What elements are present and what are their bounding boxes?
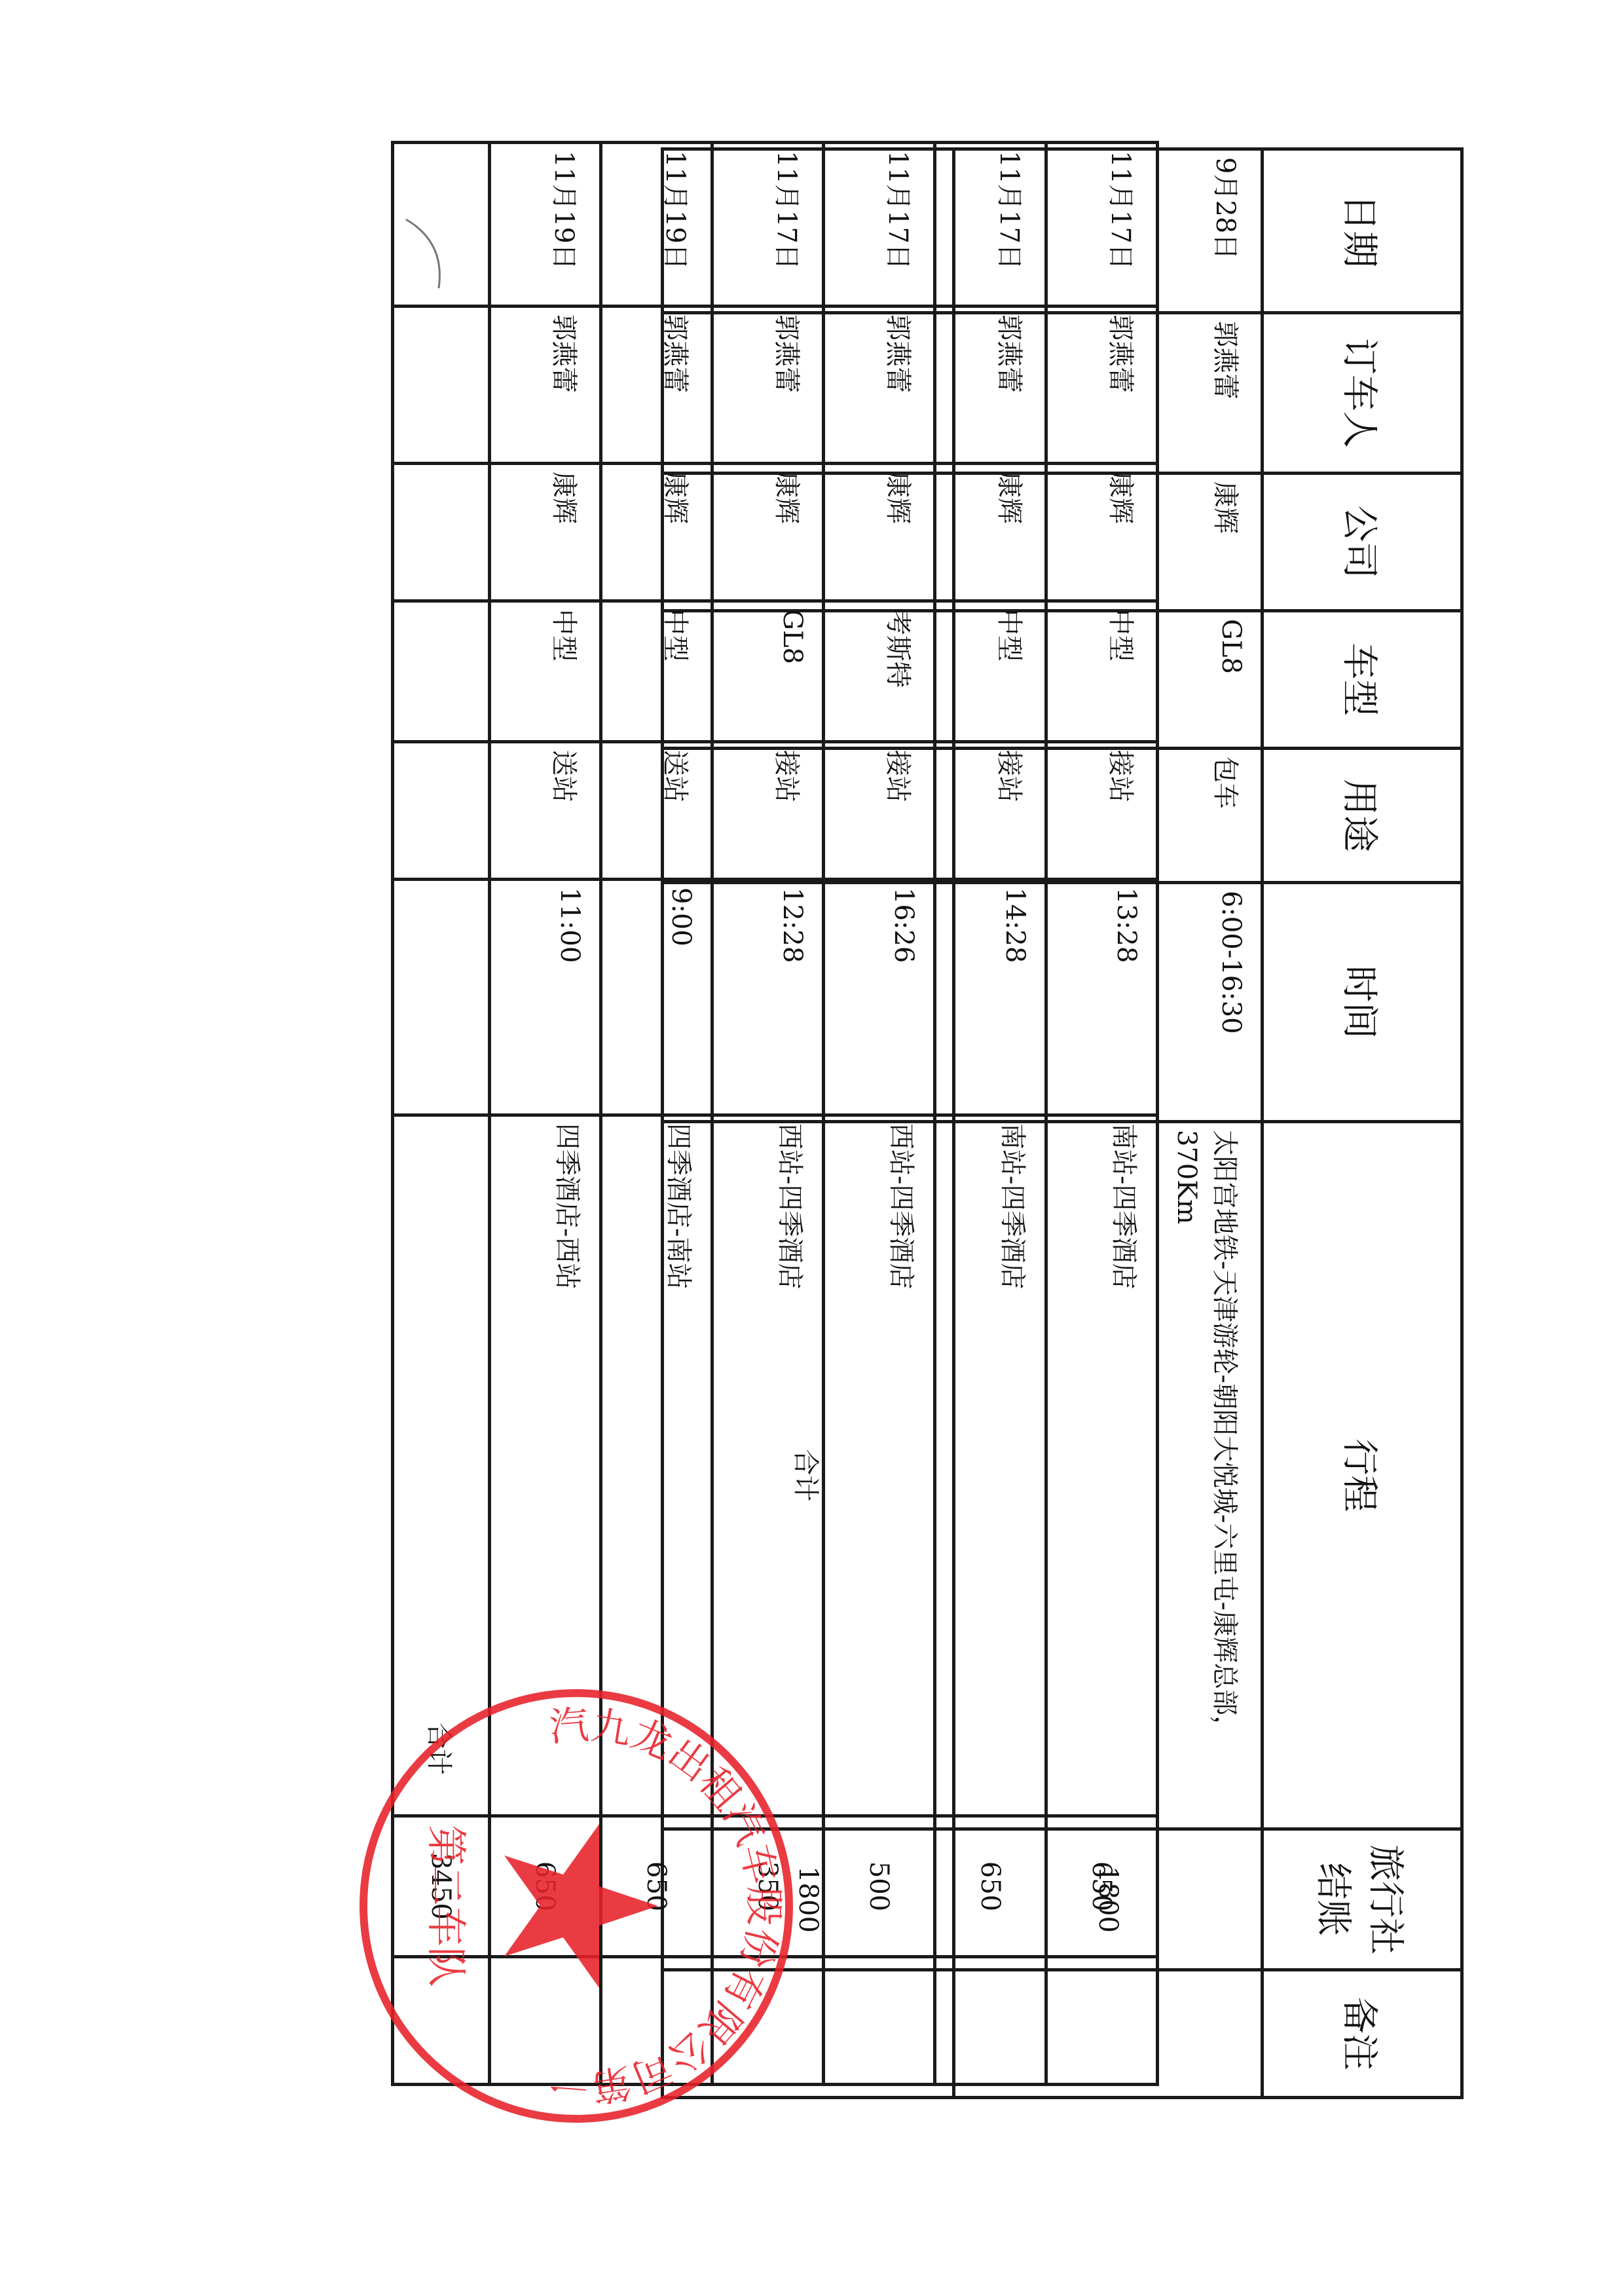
cell-company: 康辉: [490, 464, 601, 601]
cell-settlement: 650: [935, 1816, 1046, 1957]
pen-mark: [399, 216, 452, 295]
table-row: 11月17日郭燕蕾康辉中型接站13:28南站-四季酒店650: [1046, 143, 1158, 2085]
cell-date: 11月17日: [1046, 143, 1158, 307]
header-row: 日期 订车人 公司 车型 用途 时间 行程 旅行社结账 备注: [1263, 149, 1462, 2098]
cell-booker: 郭燕蕾: [824, 307, 935, 464]
cell-purpose: 接站: [935, 742, 1046, 880]
cell-vehicle: GL8: [712, 601, 824, 742]
cell-vehicle: 中型: [1046, 601, 1158, 742]
cell-settlement: 500: [824, 1816, 935, 1957]
cell-vehicle: 中型: [490, 601, 601, 742]
company-seal: 北京北汽九龙出租汽车股份有限公司第一分公司 第二车队: [354, 1683, 799, 2129]
cell-time: 16:26: [824, 880, 935, 1115]
cell-route: 西站-四季酒店: [824, 1115, 935, 1816]
cell-remark: [824, 1957, 935, 2085]
cell-purpose: 接站: [824, 742, 935, 880]
header-company: 公司: [1263, 474, 1462, 611]
header-purpose: 用途: [1263, 749, 1462, 883]
header-date: 日期: [1263, 149, 1462, 313]
cell-booker: 郭燕蕾: [712, 307, 824, 464]
cell-booker: 郭燕蕾: [490, 307, 601, 464]
cell-company: 康辉: [935, 464, 1046, 601]
cell-time: 11:00: [490, 880, 601, 1115]
cell-company: 康辉: [601, 464, 712, 601]
header-settlement: 旅行社结账: [1263, 1829, 1462, 1970]
cell-route: 南站-四季酒店: [1046, 1115, 1158, 1816]
star-icon: [504, 1824, 658, 1988]
cell-date: 11月17日: [712, 143, 824, 307]
cell-vehicle: 考斯特: [824, 601, 935, 742]
cell-date: 11月19日: [490, 143, 601, 307]
cell-company: 康辉: [712, 464, 824, 601]
cell-settlement: 650: [1046, 1816, 1158, 1957]
cell-route: 南站-四季酒店: [935, 1115, 1046, 1816]
cell-remark: [935, 1957, 1046, 2085]
seal-bottom-text: 第二车队: [422, 1825, 470, 1987]
header-booker: 订车人: [1263, 313, 1462, 474]
cell-vehicle: 中型: [601, 601, 712, 742]
cell-purpose: 送站: [490, 742, 601, 880]
cell-company: 康辉: [1046, 464, 1158, 601]
cell-date: 11月17日: [935, 143, 1046, 307]
cell-date: 11月17日: [824, 143, 935, 307]
cell-remark: [1046, 1957, 1158, 2085]
cell-time: 13:28: [1046, 880, 1158, 1115]
cell-purpose: 接站: [1046, 742, 1158, 880]
cell-time: 14:28: [935, 880, 1046, 1115]
header-time: 时间: [1263, 883, 1462, 1122]
cell-booker: 郭燕蕾: [1046, 307, 1158, 464]
table-row: 11月17日郭燕蕾康辉考斯特接站16:26西站-四季酒店500: [824, 143, 935, 2085]
header-route: 行程: [1263, 1122, 1462, 1829]
cell-vehicle: 中型: [935, 601, 1046, 742]
cell-time: 12:28: [712, 880, 824, 1115]
cell-booker: 郭燕蕾: [601, 307, 712, 464]
table-row: 11月17日郭燕蕾康辉中型接站14:28南站-四季酒店650: [935, 143, 1046, 2085]
cell-purpose: 接站: [712, 742, 824, 880]
cell-time: 9:00: [601, 880, 712, 1115]
rotated-sheet: 日期 订车人 公司 车型 用途 时间 行程 旅行社结账 备注 9月28日 郭燕蕾…: [0, 0, 1624, 2295]
cell-purpose: 送站: [601, 742, 712, 880]
cell-company: 康辉: [824, 464, 935, 601]
cell-date: 11月19日: [601, 143, 712, 307]
cell-booker: 郭燕蕾: [935, 307, 1046, 464]
header-remark: 备注: [1263, 1970, 1462, 2098]
header-vehicle: 车型: [1263, 611, 1462, 749]
